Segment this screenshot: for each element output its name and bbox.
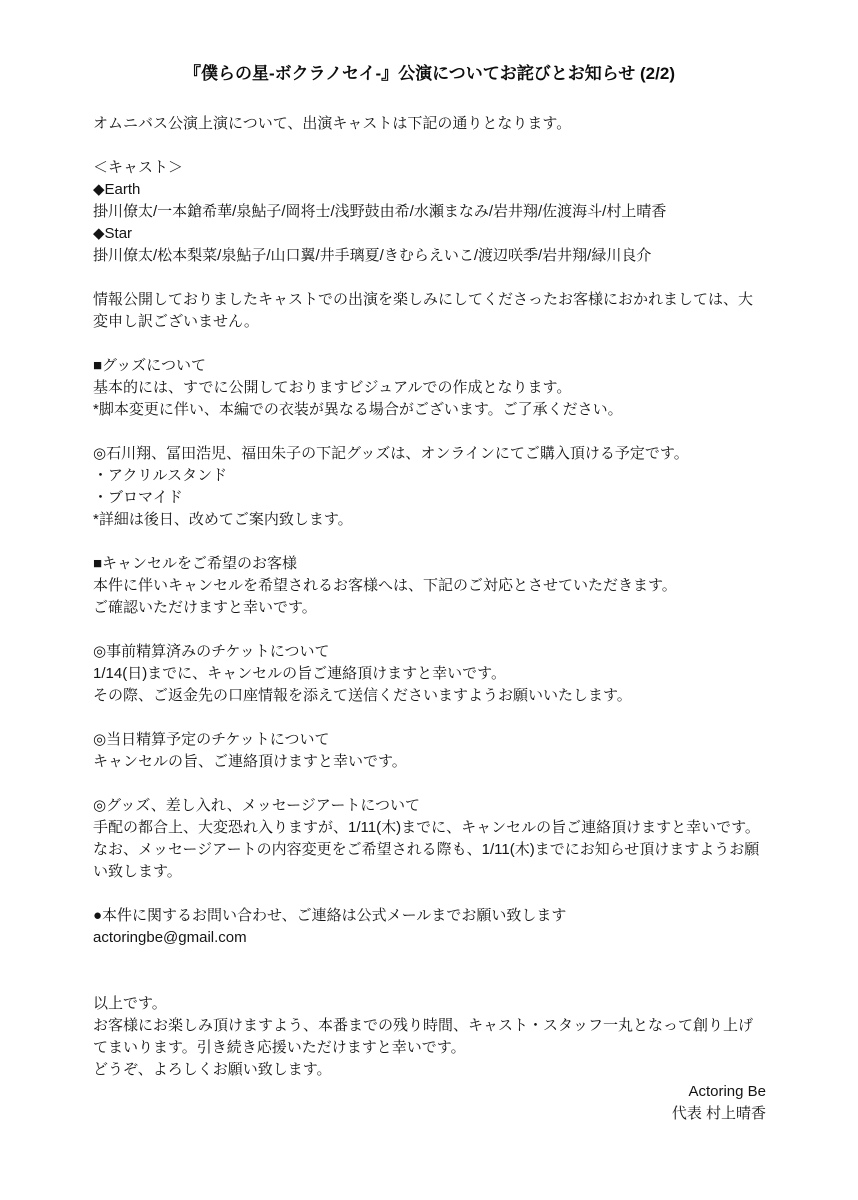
document-title: 『僕らの星-ボクラノセイ-』公演についてお詫びとお知らせ (2/2): [93, 62, 766, 86]
cast-heading: ＜キャスト＞: [93, 157, 766, 179]
sameday-tickets-heading: ◎当日精算予定のチケットについて: [93, 729, 766, 751]
cancel-line2: ご確認いただけますと幸いです。: [93, 597, 766, 619]
goods-section: ■グッズについて 基本的には、すでに公開しておりますビジュアルでの作成となります…: [93, 355, 766, 421]
cancel-line1: 本件に伴いキャンセルを希望されるお客様へは、下記のご対応とさせていただきます。: [93, 575, 766, 597]
contact-email: actoringbe@gmail.com: [93, 927, 766, 949]
closing-section: 以上です。 お客様にお楽しみ頂けますよう、本番までの残り時間、キャスト・スタッフ…: [93, 993, 766, 1081]
online-goods-note: *詳細は後日、改めてご案内致します。: [93, 509, 766, 531]
goods-line1: 基本的には、すでに公開しておりますビジュアルでの作成となります。: [93, 377, 766, 399]
prepaid-tickets-line2: その際、ご返金先の口座情報を添えて送信くださいますようお願いいたします。: [93, 685, 766, 707]
closing-line2: お客様にお楽しみ頂けますよう、本番までの残り時間、キャスト・スタッフ一丸となって…: [93, 1015, 766, 1059]
intro-text: オムニバス公演上演について、出演キャストは下記の通りとなります。: [93, 113, 766, 135]
online-goods-section: ◎石川翔、冨田浩児、福田朱子の下記グッズは、オンラインにてご購入頂ける予定です。…: [93, 443, 766, 531]
cast-earth-members: 掛川僚太/一本鎗希華/泉鮎子/岡将士/浅野鼓由希/水瀬まなみ/岩井翔/佐渡海斗/…: [93, 201, 766, 223]
goods-heading: ■グッズについて: [93, 355, 766, 377]
prepaid-tickets-line1: 1/14(日)までに、キャンセルの旨ご連絡頂けますと幸いです。: [93, 663, 766, 685]
apology-text: 情報公開しておりましたキャストでの出演を楽しみにしてくださったお客様におかれまし…: [93, 289, 766, 333]
goods-cancel-heading: ◎グッズ、差し入れ、メッセージアートについて: [93, 795, 766, 817]
signature-representative: 代表 村上晴香: [93, 1103, 766, 1125]
signature-company: Actoring Be: [93, 1081, 766, 1103]
contact-heading: ●本件に関するお問い合わせ、ご連絡は公式メールまでお願い致します: [93, 905, 766, 927]
cast-section: ＜キャスト＞ ◆Earth 掛川僚太/一本鎗希華/泉鮎子/岡将士/浅野鼓由希/水…: [93, 157, 766, 267]
online-goods-heading: ◎石川翔、冨田浩児、福田朱子の下記グッズは、オンラインにてご購入頂ける予定です。: [93, 443, 766, 465]
cancel-heading: ■キャンセルをご希望のお客様: [93, 553, 766, 575]
goods-cancel-line1: 手配の都合上、大変恐れ入りますが、1/11(木)までに、キャンセルの旨ご連絡頂け…: [93, 817, 766, 839]
cast-earth-label: ◆Earth: [93, 179, 766, 201]
cast-star-members: 掛川僚太/松本梨菜/泉鮎子/山口翼/井手璃夏/きむらえいこ/渡辺咲季/岩井翔/緑…: [93, 245, 766, 267]
signature-section: Actoring Be 代表 村上晴香: [93, 1081, 766, 1125]
apology-section: 情報公開しておりましたキャストでの出演を楽しみにしてくださったお客様におかれまし…: [93, 289, 766, 333]
prepaid-tickets-section: ◎事前精算済みのチケットについて 1/14(日)までに、キャンセルの旨ご連絡頂け…: [93, 641, 766, 707]
goods-cancel-line2: なお、メッセージアートの内容変更をご希望される際も、1/11(木)までにお知らせ…: [93, 839, 766, 883]
sameday-tickets-section: ◎当日精算予定のチケットについて キャンセルの旨、ご連絡頂けますと幸いです。: [93, 729, 766, 773]
closing-line1: 以上です。: [93, 993, 766, 1015]
online-goods-item-bromide: ・ブロマイド: [93, 487, 766, 509]
online-goods-item-acrylic-stand: ・アクリルスタンド: [93, 465, 766, 487]
intro-section: オムニバス公演上演について、出演キャストは下記の通りとなります。: [93, 113, 766, 135]
contact-section: ●本件に関するお問い合わせ、ご連絡は公式メールまでお願い致します actorin…: [93, 905, 766, 949]
closing-line3: どうぞ、よろしくお願い致します。: [93, 1059, 766, 1081]
sameday-tickets-line1: キャンセルの旨、ご連絡頂けますと幸いです。: [93, 751, 766, 773]
goods-line2: *脚本変更に伴い、本編での衣装が異なる場合がございます。ご了承ください。: [93, 399, 766, 421]
goods-cancel-section: ◎グッズ、差し入れ、メッセージアートについて 手配の都合上、大変恐れ入りますが、…: [93, 795, 766, 883]
cancel-section: ■キャンセルをご希望のお客様 本件に伴いキャンセルを希望されるお客様へは、下記の…: [93, 553, 766, 619]
cast-star-label: ◆Star: [93, 223, 766, 245]
prepaid-tickets-heading: ◎事前精算済みのチケットについて: [93, 641, 766, 663]
notice-document-page: 『僕らの星-ボクラノセイ-』公演についてお詫びとお知らせ (2/2) オムニバス…: [0, 0, 858, 1200]
